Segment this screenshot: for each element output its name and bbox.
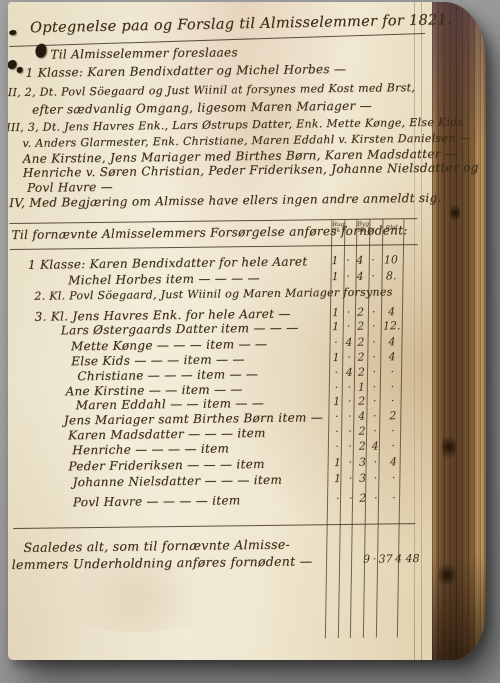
totals-value: 4 — [394, 552, 404, 565]
cell-value: 2 — [356, 425, 368, 438]
cell-value: 4 — [381, 305, 403, 318]
cell-value: 1 — [331, 395, 343, 408]
cell-value: · — [331, 410, 343, 423]
cell-value: · — [369, 456, 381, 469]
intro-line: III, 3, Dt. Jens Havres Enk., Lars Østru… — [8, 115, 464, 134]
cell-value: 4 — [382, 455, 404, 468]
cell-value: 1 — [330, 351, 342, 364]
cell-value: 1 — [332, 472, 344, 485]
row-name: Karen Madsdatter — — — item — [68, 426, 266, 442]
cell-value: 4 — [354, 254, 366, 267]
intro-line: Povl Havre — — [27, 180, 113, 195]
cell-value: 1 — [330, 320, 342, 333]
cell-value: · — [344, 425, 356, 438]
cell-value: · — [369, 410, 381, 423]
cell-value: · — [370, 492, 382, 505]
intro-line: Til Almisselemmer foreslaaes — [50, 45, 238, 61]
edge-dark-knot — [438, 562, 456, 588]
totals-value: 48 — [404, 552, 422, 565]
cell-value: · — [370, 472, 382, 485]
cell-value: 2 — [355, 351, 367, 364]
cell-value: · — [368, 366, 380, 379]
row-name: Christiane — — — item — — — [77, 367, 258, 383]
book-fore-edge — [432, 2, 486, 660]
cell-value: 1 — [329, 254, 341, 267]
cell-value: · — [383, 471, 405, 484]
cell-value: 8. — [380, 269, 402, 282]
row-name: Michel Horbes item — — — — — [68, 271, 260, 287]
row-name: Peder Frideriksen — — — item — [68, 457, 264, 473]
cell-value: 2 — [355, 336, 367, 349]
row-name: Lars Østergaards Datter item — — — — [61, 321, 299, 338]
cell-value: 4 — [343, 336, 355, 349]
cell-value: · — [381, 380, 403, 393]
cell-value: · — [381, 365, 403, 378]
row-name: Maren Eddahl — — item — — — [76, 396, 265, 412]
cell-value: · — [382, 439, 404, 452]
intro-line: II, 2, Dt. Povl Söegaard og Just Wiinil … — [8, 81, 415, 99]
edge-dark-knot — [442, 432, 456, 462]
row-name: Henriche — — — — item — [72, 441, 229, 457]
cell-value: · — [368, 381, 380, 394]
cell-value: · — [344, 456, 356, 469]
cell-value: 2 — [356, 395, 368, 408]
cell-value: 2 — [355, 306, 367, 319]
cell-value: 1 — [330, 306, 342, 319]
cell-value: 4 — [381, 350, 403, 363]
ink-blot — [9, 30, 16, 35]
cell-value: 3 — [356, 456, 368, 469]
cell-value: · — [332, 492, 344, 505]
cell-value: · — [330, 336, 342, 349]
edge-dark-knot — [450, 202, 460, 224]
intro-line: 1 Klasse: Karen Bendixdatter og Michel H… — [26, 62, 347, 80]
cell-value: · — [342, 270, 354, 283]
cell-value: 4 — [354, 270, 366, 283]
row-name: Else Kids — — — item — — — [71, 352, 245, 368]
cell-value: · — [369, 425, 381, 438]
cell-value: · — [367, 254, 379, 267]
cell-value: · — [368, 336, 380, 349]
cell-value: 4 — [369, 440, 381, 453]
cell-value: · — [368, 351, 380, 364]
manuscript-page: Optegnelse paa og Forslag til Almisselem… — [8, 2, 432, 660]
cell-value: 4 — [356, 410, 368, 423]
column-header-byg: Byg Sk F — [357, 222, 371, 234]
cell-value: · — [344, 440, 356, 453]
cell-value: · — [330, 366, 342, 379]
cell-value: · — [343, 381, 355, 394]
ink-blot — [8, 60, 17, 69]
cell-value: 2 — [355, 366, 367, 379]
cell-value: 1 — [329, 270, 341, 283]
cell-value: · — [367, 270, 379, 283]
cell-value: · — [343, 320, 355, 333]
cell-value: · — [383, 491, 405, 504]
page-title: Optegnelse paa og Forslag til Almisselem… — [30, 12, 452, 36]
intro-line: efter sædvanlig Omgang, ligesom Maren Ma… — [32, 99, 372, 117]
cell-value: 2 — [357, 492, 369, 505]
cell-value: 2 — [382, 409, 404, 422]
cell-value: · — [343, 351, 355, 364]
cell-value: · — [345, 492, 357, 505]
cell-value: · — [368, 320, 380, 333]
book: Optegnelse paa og Forslag til Almisselem… — [8, 2, 486, 660]
cell-value: · — [331, 440, 343, 453]
row-name: Johanne Nielsdatter — — — item — [73, 473, 283, 490]
row-name: 1 Klasse: Karen Bendixdatter for hele Aa… — [28, 254, 308, 271]
cell-value: · — [342, 254, 354, 267]
photograph-background: Optegnelse paa og Forslag til Almisselem… — [0, 0, 500, 683]
cell-value: · — [344, 410, 356, 423]
cell-value: 12. — [381, 319, 403, 332]
cell-value: · — [382, 424, 404, 437]
cell-value: · — [345, 472, 357, 485]
page-content: Optegnelse paa og Forslag til Almisselem… — [8, 2, 437, 660]
cell-value: 4 — [343, 366, 355, 379]
cell-value: 1 — [355, 381, 367, 394]
cell-value: · — [369, 395, 381, 408]
cell-value: 2 — [356, 440, 368, 453]
cell-value: 2 — [355, 320, 367, 333]
cell-value: 10 — [380, 253, 402, 266]
cell-value: 1 — [331, 456, 343, 469]
row-name: Povl Havre — — — — item — [73, 493, 241, 509]
cell-value: · — [331, 425, 343, 438]
ink-blot — [17, 67, 23, 73]
cell-value: 4 — [381, 335, 403, 348]
cell-value: · — [330, 381, 342, 394]
cell-value: 3 — [357, 472, 369, 485]
column-header-rug: Rug Sk F — [332, 222, 346, 234]
column-header-penge: Rbd. — [386, 225, 400, 231]
cell-value: · — [344, 395, 356, 408]
cell-value: · — [343, 306, 355, 319]
cell-value: · — [368, 306, 380, 319]
cell-value: · — [382, 394, 404, 407]
totals-value: 37 — [378, 552, 394, 565]
row-name: Mette Kønge — — — item — — — [71, 337, 267, 353]
